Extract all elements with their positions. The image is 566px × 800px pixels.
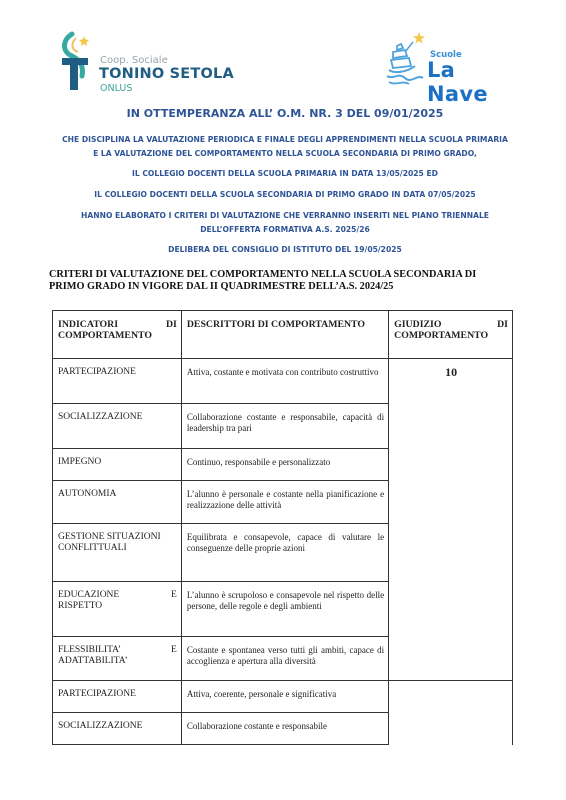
grade-cell: 10 bbox=[389, 359, 513, 681]
secondary-board-date: IL COLLEGIO DOCENTI DELLA SCUOLA SECONDA… bbox=[40, 188, 530, 202]
header-grade: GIUDIZIODI COMPORTAMENTO bbox=[389, 311, 513, 359]
indicator-cell: PARTECIPAZIONE bbox=[53, 681, 182, 713]
header-text: DI bbox=[497, 319, 508, 330]
indicator-cell: FLESSIBILITA’E ADATTABILITA’ bbox=[53, 637, 182, 681]
logo-right-name: La Nave bbox=[427, 58, 515, 106]
descriptor-cell: Collaborazione costante e responsabile bbox=[181, 713, 388, 745]
indicator-text: GESTIONE SITUAZIONI bbox=[58, 532, 177, 543]
indicator-text: FLESSIBILITA’ bbox=[58, 645, 121, 656]
indicator-cell: GESTIONE SITUAZIONI CONFLITTUALI bbox=[53, 524, 182, 582]
tonino-setola-logo: Coop. Sociale TONINO SETOLA ONLUS bbox=[58, 30, 248, 92]
table-row: PARTECIPAZIONE Attiva, coerente, persona… bbox=[53, 681, 513, 713]
descriptor-cell: L’alunno è scrupoloso e consapevole nel … bbox=[181, 582, 388, 637]
indicator-cell: PARTECIPAZIONE bbox=[53, 359, 182, 404]
descriptor-cell: Attiva, costante e motivata con contribu… bbox=[181, 359, 388, 404]
header-line: E LA VALUTAZIONE DEL COMPORTAMENTO NELLA… bbox=[40, 147, 530, 161]
header-indicators: INDICATORIDI COMPORTAMENTO bbox=[53, 311, 182, 359]
indicator-cell: AUTONOMIA bbox=[53, 481, 182, 524]
descriptor-cell: Collaborazione costante e responsabile, … bbox=[181, 404, 388, 449]
descriptor-cell: L’alunno è personale e costante nella pi… bbox=[181, 481, 388, 524]
indicator-text: CONFLITTUALI bbox=[58, 543, 177, 554]
indicator-text: E bbox=[171, 645, 177, 656]
scuole-la-nave-logo: Scuole La Nave bbox=[385, 30, 515, 92]
ordinance-heading: IN OTTEMPERANZA ALL’ O.M. NR. 3 DEL 09/0… bbox=[40, 107, 530, 120]
descriptor-cell: Attiva, coerente, personale e significat… bbox=[181, 681, 388, 713]
indicator-cell: SOCIALIZZAZIONE bbox=[53, 713, 182, 745]
logo-left-onlus: ONLUS bbox=[100, 83, 132, 94]
table-row: PARTECIPAZIONE Attiva, costante e motiva… bbox=[53, 359, 513, 404]
header-text: INDICATORI bbox=[58, 319, 118, 330]
council-resolution: DELIBERA DEL CONSIGLIO DI ISTITUTO DEL 1… bbox=[40, 243, 530, 257]
table-header-row: INDICATORIDI COMPORTAMENTO DESCRITTORI D… bbox=[53, 311, 513, 359]
indicator-cell: IMPEGNO bbox=[53, 449, 182, 481]
header-line: HANNO ELABORATO I CRITERI DI VALUTAZIONE… bbox=[40, 209, 530, 223]
indicator-cell: SOCIALIZZAZIONE bbox=[53, 404, 182, 449]
primary-board-date: IL COLLEGIO DOCENTI DELLA SCUOLA PRIMARI… bbox=[40, 167, 530, 181]
descriptor-cell: Continuo, responsabile e personalizzato bbox=[181, 449, 388, 481]
ordinance-description: CHE DISCIPLINA LA VALUTAZIONE PERIODICA … bbox=[40, 133, 530, 161]
indicator-text: ADATTABILITA’ bbox=[58, 656, 177, 667]
header-text: COMPORTAMENTO bbox=[58, 330, 177, 341]
indicator-cell: EDUCAZIONEE RISPETTO bbox=[53, 582, 182, 637]
indicator-text: RISPETTO bbox=[58, 601, 177, 612]
header-text: COMPORTAMENTO bbox=[394, 330, 508, 341]
grade-cell bbox=[389, 681, 513, 745]
header-line: DELL’OFFERTA FORMATIVA A.S. 2025/26 bbox=[40, 223, 530, 237]
ship-icon bbox=[385, 30, 429, 92]
tonino-setola-emblem-icon bbox=[58, 30, 98, 92]
document-title: CRITERI DI VALUTAZIONE DEL COMPORTAMENTO… bbox=[49, 269, 509, 293]
header-descriptors: DESCRITTORI DI COMPORTAMENTO bbox=[181, 311, 388, 359]
indicator-text: E bbox=[171, 590, 177, 601]
header-text: DI bbox=[166, 319, 177, 330]
header-text: GIUDIZIO bbox=[394, 319, 441, 330]
behavior-criteria-table: INDICATORIDI COMPORTAMENTO DESCRITTORI D… bbox=[52, 310, 513, 745]
header-line: CHE DISCIPLINA LA VALUTAZIONE PERIODICA … bbox=[40, 133, 530, 147]
logo-left-name: TONINO SETOLA bbox=[99, 66, 234, 82]
descriptor-cell: Equilibrata e consapevole, capace di val… bbox=[181, 524, 388, 582]
descriptor-cell: Costante e spontanea verso tutti gli amb… bbox=[181, 637, 388, 681]
indicator-text: EDUCAZIONE bbox=[58, 590, 119, 601]
logo-left-subtitle: Coop. Sociale bbox=[100, 55, 168, 66]
criteria-statement: HANNO ELABORATO I CRITERI DI VALUTAZIONE… bbox=[40, 209, 530, 237]
